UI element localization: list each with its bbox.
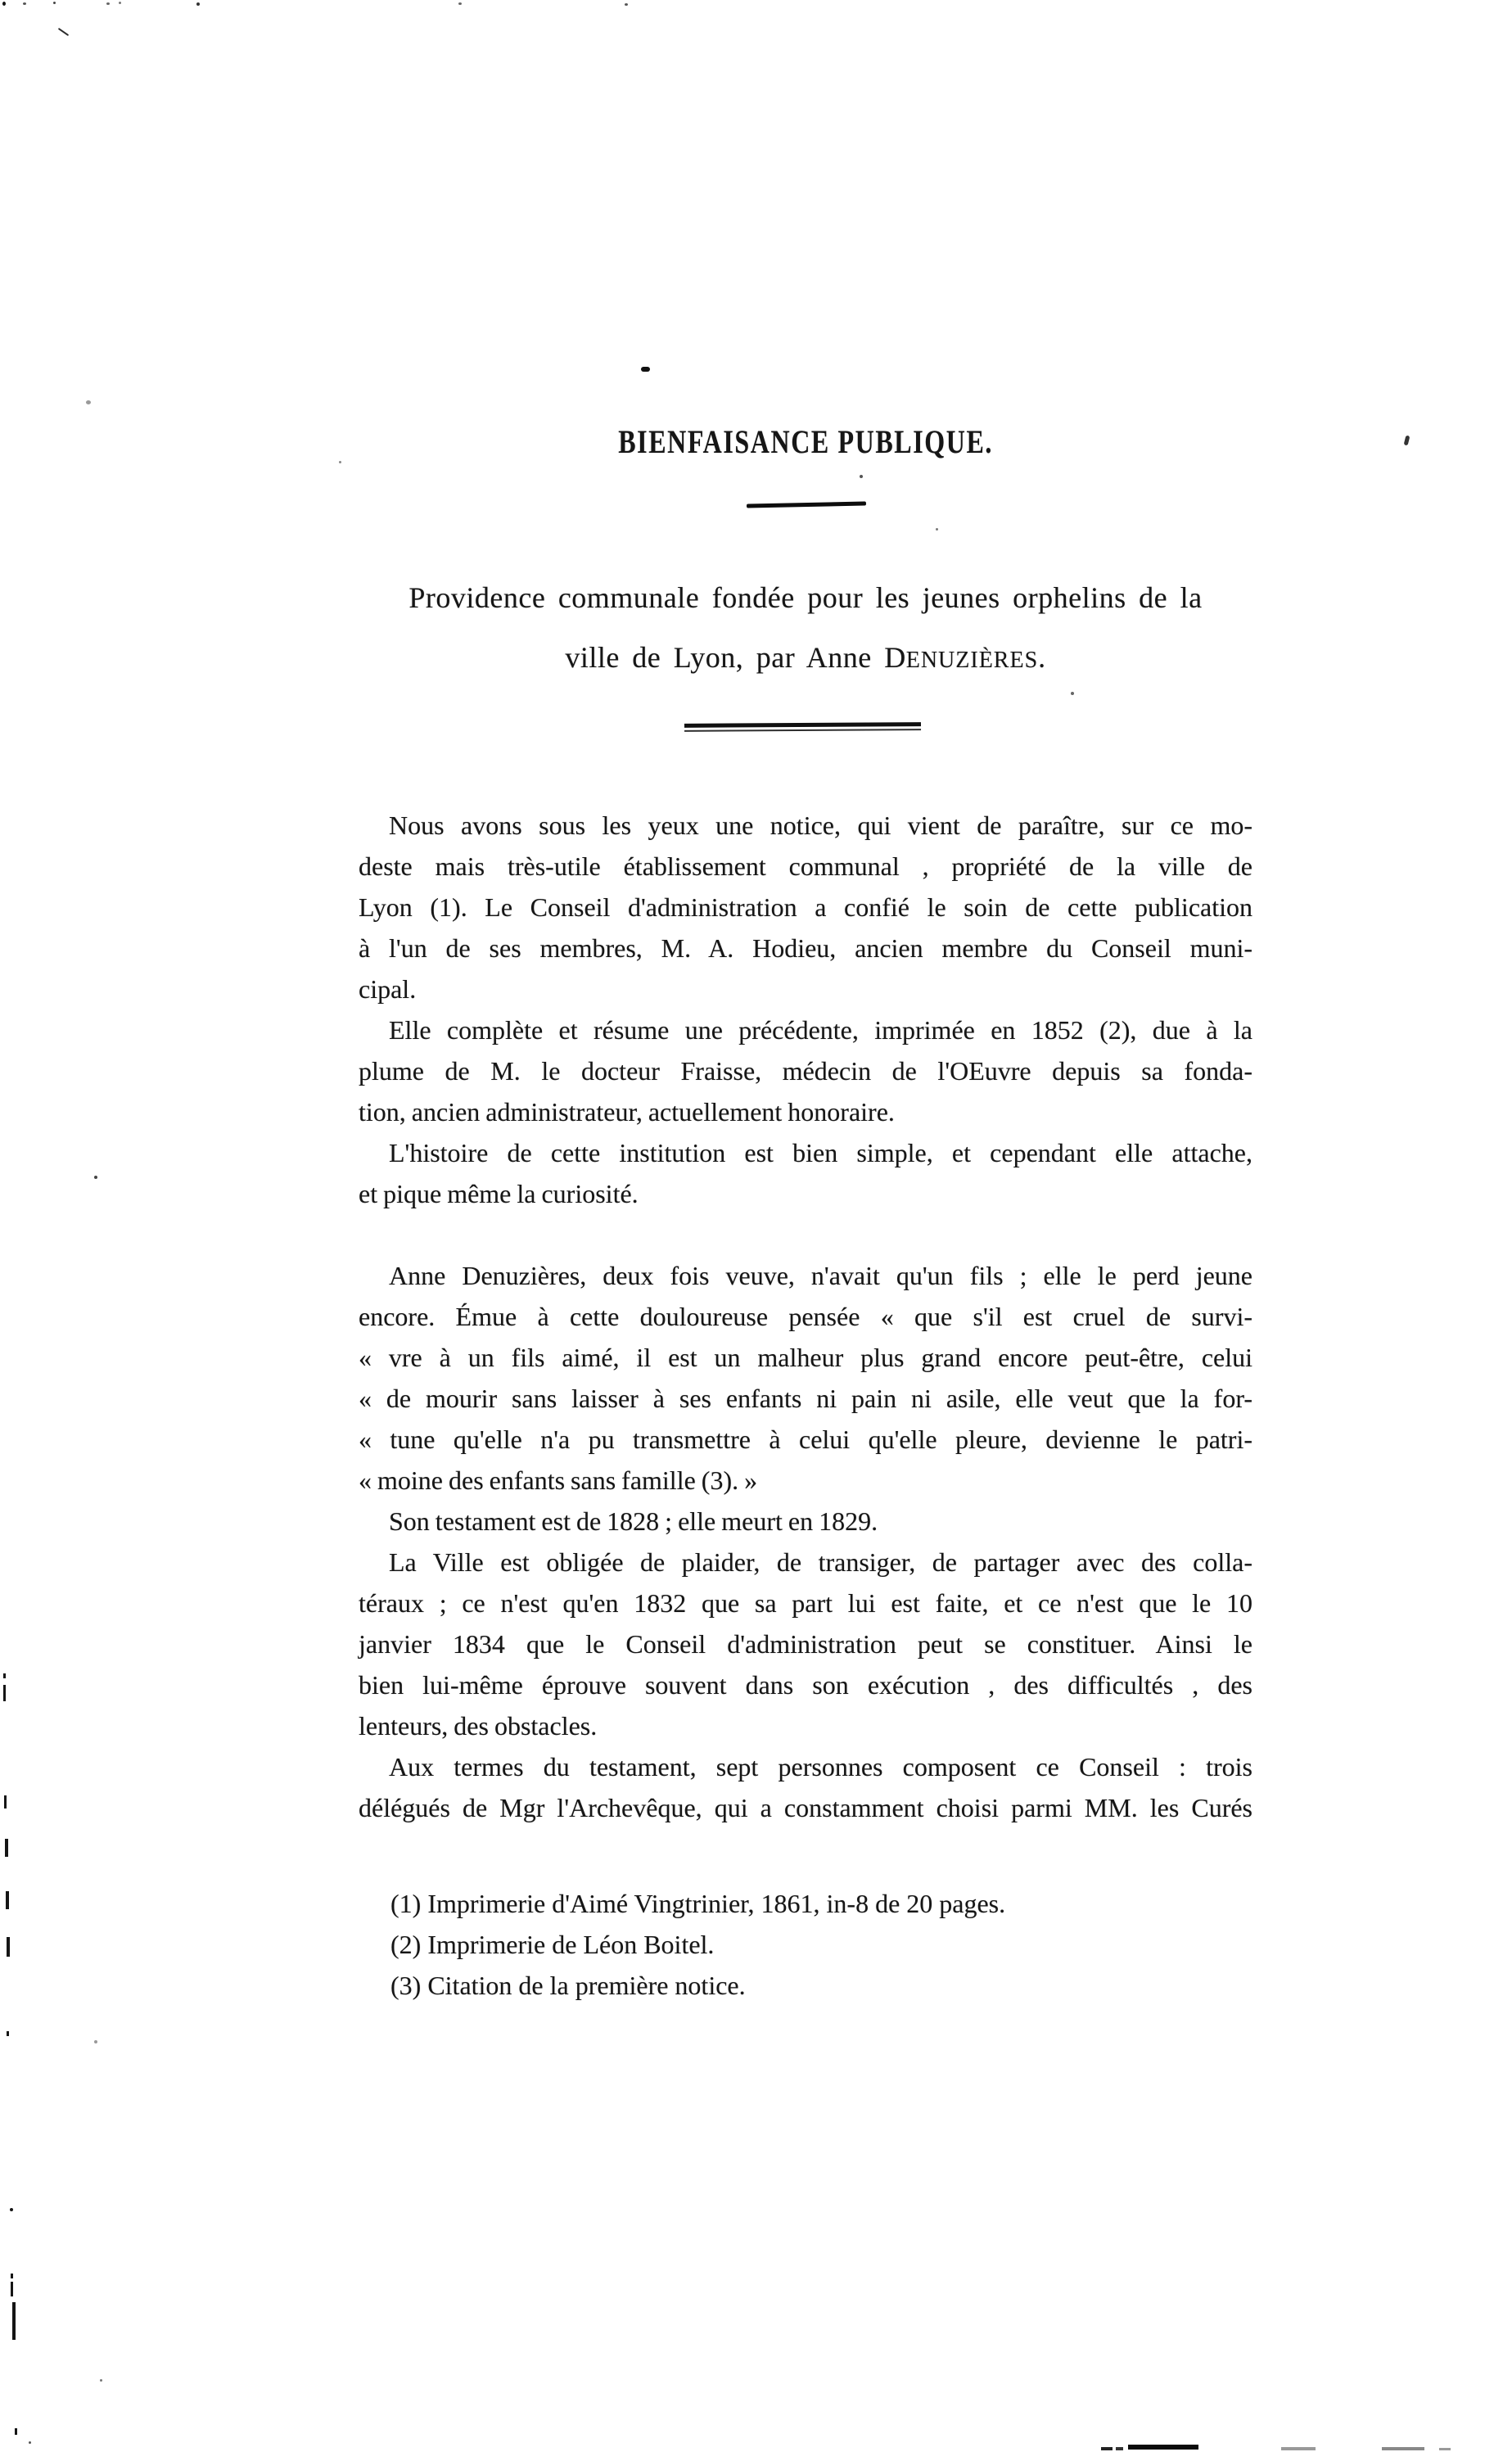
body-line: délégués de Mgr l'Archevêque, qui a cons… [359, 1787, 1252, 1828]
body-line: téraux ; ce n'est qu'en 1832 que sa part… [359, 1583, 1252, 1623]
footnote-line: (1) Imprimerie d'Aimé Vingtrinier, 1861,… [359, 1883, 1252, 1924]
paragraph: La Ville est obligée de plaider, de tran… [359, 1542, 1252, 1746]
scan-speck [23, 2, 26, 5]
margin-mark [5, 1839, 8, 1857]
body-text: Nous avons sous les yeux une notice, qui… [359, 805, 1252, 1828]
body-line: et pique même la curiosité. [359, 1173, 1252, 1214]
scan-speck [86, 400, 91, 404]
subtitle-line-1: Providence communale fondée pour les jeu… [359, 568, 1252, 628]
body-line: deste mais très-utile établissement comm… [359, 846, 1252, 887]
margin-mark [11, 2274, 13, 2278]
scan-speck [106, 2, 110, 5]
bottom-edge-mark [1116, 2447, 1123, 2450]
body-line: lenteurs, des obstacles. [359, 1705, 1252, 1746]
body-line: « vre à un fils aimé, il est un malheur … [359, 1337, 1252, 1378]
scan-speck [339, 461, 341, 463]
scan-speck [936, 528, 938, 531]
paragraph: L'histoire de cette institution est bien… [359, 1132, 1252, 1214]
scan-mark [641, 367, 650, 372]
subtitle-divider-rule [684, 722, 921, 732]
body-line: encore. Émue à cette douloureuse pensée … [359, 1296, 1252, 1337]
body-line: bien lui-même éprouve souvent dans son e… [359, 1664, 1252, 1705]
body-line: Nous avons sous les yeux une notice, qui… [359, 805, 1252, 846]
bottom-edge-mark [1101, 2447, 1113, 2450]
scan-speck [94, 1176, 97, 1179]
body-line: plume de M. le docteur Fraisse, médecin … [359, 1050, 1252, 1091]
paragraph: Nous avons sous les yeux une notice, qui… [359, 805, 1252, 1009]
paragraph: Aux termes du testament, sept personnes … [359, 1746, 1252, 1828]
scan-speck [100, 2379, 102, 2382]
scanned-page: BIENFAISANCE PUBLIQUE. Providence commun… [0, 0, 1512, 2452]
body-line: Lyon (1). Le Conseil d'administration a … [359, 887, 1252, 928]
margin-mark [6, 1891, 9, 1909]
footnote-line: (3) Citation de la première notice. [359, 1965, 1252, 2006]
body-line: Son testament est de 1828 ; elle meurt e… [359, 1501, 1252, 1542]
margin-mark [3, 1673, 6, 1678]
subtitle-author-smallcaps: ENUZIÈRES [906, 648, 1038, 673]
body-line: La Ville est obligée de plaider, de tran… [359, 1542, 1252, 1583]
body-line: janvier 1834 que le Conseil d'administra… [359, 1623, 1252, 1664]
footnotes: (1) Imprimerie d'Aimé Vingtrinier, 1861,… [359, 1883, 1252, 2006]
scan-speck [458, 2, 462, 5]
margin-mark [4, 1795, 7, 1809]
body-line: L'histoire de cette institution est bien… [359, 1132, 1252, 1173]
scan-mark [1404, 436, 1410, 446]
scan-stroke [58, 28, 69, 36]
body-line: « moine des enfants sans famille (3). » [359, 1460, 1252, 1501]
margin-mark [15, 2428, 17, 2435]
title-divider-rule [747, 501, 866, 508]
body-line: à l'un de ses membres, M. A. Hodieu, anc… [359, 928, 1252, 969]
subtitle-line-2: ville de Lyon, par Anne DENUZIÈRES. [359, 628, 1252, 690]
paragraph: Elle complète et résume une précédente, … [359, 1009, 1252, 1132]
margin-mark [11, 2282, 13, 2296]
body-line: Elle complète et résume une précédente, … [359, 1009, 1252, 1050]
scan-speck [2, 2, 6, 6]
subtitle: Providence communale fondée pour les jeu… [359, 568, 1252, 690]
bottom-edge-mark [1281, 2447, 1316, 2450]
title-block: BIENFAISANCE PUBLIQUE. [359, 424, 1252, 460]
body-line: « de mourir sans laisser à ses enfants n… [359, 1378, 1252, 1419]
margin-mark [10, 2208, 13, 2211]
scan-speck [119, 2, 121, 4]
scan-speck [94, 2040, 97, 2043]
body-line: « tune qu'elle n'a pu transmettre à celu… [359, 1419, 1252, 1460]
body-line: Aux termes du testament, sept personnes … [359, 1746, 1252, 1787]
bottom-edge-mark [1382, 2447, 1424, 2450]
margin-mark [7, 2031, 9, 2036]
page-title: BIENFAISANCE PUBLIQUE. [618, 424, 993, 460]
footnote-line: (2) Imprimerie de Léon Boitel. [359, 1924, 1252, 1965]
body-line: cipal. [359, 969, 1252, 1009]
scan-speck [196, 2, 200, 6]
scan-speck [860, 475, 863, 478]
body-line: tion, ancien administrateur, actuellemen… [359, 1091, 1252, 1132]
margin-mark [12, 2302, 16, 2340]
bottom-edge-mark [1128, 2445, 1198, 2450]
scan-speck [625, 3, 628, 6]
paragraph: Anne Denuzières, deux fois veuve, n'avai… [359, 1255, 1252, 1501]
scan-speck [29, 2441, 31, 2444]
subtitle-line-2-text: ville de Lyon, par Anne D [565, 641, 905, 674]
bottom-edge-mark [1439, 2448, 1451, 2450]
paragraph: Son testament est de 1828 ; elle meurt e… [359, 1501, 1252, 1542]
scan-speck [53, 2, 56, 4]
subtitle-line-2-period: . [1038, 641, 1046, 674]
body-line: Anne Denuzières, deux fois veuve, n'avai… [359, 1255, 1252, 1296]
margin-mark [7, 1937, 10, 1957]
scan-speck [1071, 692, 1074, 695]
margin-mark [3, 1685, 6, 1701]
